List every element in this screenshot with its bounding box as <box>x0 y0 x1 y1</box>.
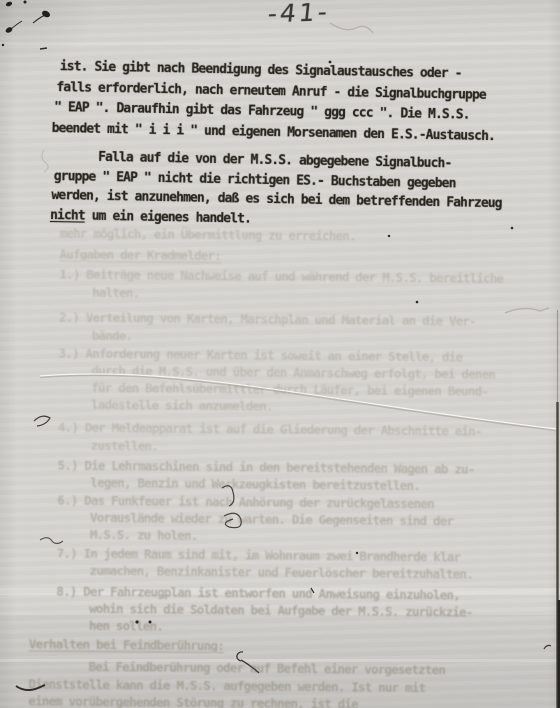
ghost-line: 2.) Verteilung von Karten, Marschplan un… <box>59 310 476 329</box>
typed-text-block: ist. Sie gibt nach Beendigung des Signal… <box>50 57 545 234</box>
paper-crease <box>40 374 556 430</box>
ink-spatter <box>2 1 51 50</box>
ghost-line: durch die M.S.S. und über den Anmarschwe… <box>91 363 495 382</box>
ghost-line: halten. <box>92 285 139 300</box>
handwritten-page-number: -41- <box>266 0 359 29</box>
margin-squiggle <box>42 150 48 172</box>
ghost-line: 3.) Anforderung neuer Karten ist soweit … <box>59 346 463 365</box>
ghost-line: Vorauslände wieder zu warten. Die Gegens… <box>90 510 453 528</box>
ghost-line: 1.) Beiträge neue Nachweise auf und währ… <box>59 267 503 286</box>
ghost-line: für den Befehlsübermittler durch Läufer,… <box>91 380 488 399</box>
text-line-rest: um ein eigenes handelt. <box>85 208 251 226</box>
ghost-line: Bei Feindberührung oder auf Befehl einer… <box>89 659 446 677</box>
paper-fibers <box>16 416 551 690</box>
ghost-line: 7.) In jedem Raum sind mit, im Wohnraum … <box>57 546 461 565</box>
ghost-line: Aufgaben der Kradmelder: <box>59 247 221 264</box>
ghost-line: zustellen. <box>91 438 158 454</box>
ghost-line: einem vorübergehenden Störung zu rechnen… <box>28 693 358 708</box>
ghost-line: 8.) Der Fahrzeugplan ist entworfen und A… <box>56 584 460 603</box>
scan-band <box>0 588 560 595</box>
ghost-line: Verhalten bei Feindberührung: <box>29 636 224 653</box>
ghost-line: 5.) Die Lehrmaschinen sind in den bereit… <box>57 458 474 477</box>
scan-band <box>0 42 560 45</box>
ghost-line: 6.) Das Funkfeuer ist nach Anhörung der … <box>57 493 434 512</box>
ghost-line: Dienststelle kann die M.S.S. aufgegeben … <box>28 676 425 695</box>
pencil-swirl <box>505 308 549 313</box>
ghost-line: hen sollen. <box>89 618 163 634</box>
ghost-line: wohin sich die Soldaten bei Aufgabe der … <box>89 601 473 620</box>
ghost-line: bände. <box>92 328 133 343</box>
paragraph-1: ist. Sie gibt nach Beendigung des Signal… <box>51 57 544 148</box>
page-edge-shadow <box>558 310 559 708</box>
ghost-line: zumachen, Benzinkanister und Feuerlösche… <box>89 563 473 582</box>
ghost-line: 4.) Der Meldeapparat ist auf die Glieder… <box>58 420 482 439</box>
paragraph-2: Falla auf die von der M.S.S. abgegebene … <box>50 147 543 234</box>
ghost-line: legen, Benzin und Werkzeugkisten bereitz… <box>90 475 420 493</box>
underlined-word: nicht <box>50 207 85 223</box>
bottom-shading <box>0 615 560 708</box>
ghost-line: M.S.S. zu holen. <box>90 527 198 543</box>
scanned-page: mehr möglich, ein Übermittlung zu erreic… <box>0 0 560 708</box>
ghost-line: ladestelle sich anzumelden. <box>91 397 273 414</box>
scan-band <box>0 659 560 662</box>
